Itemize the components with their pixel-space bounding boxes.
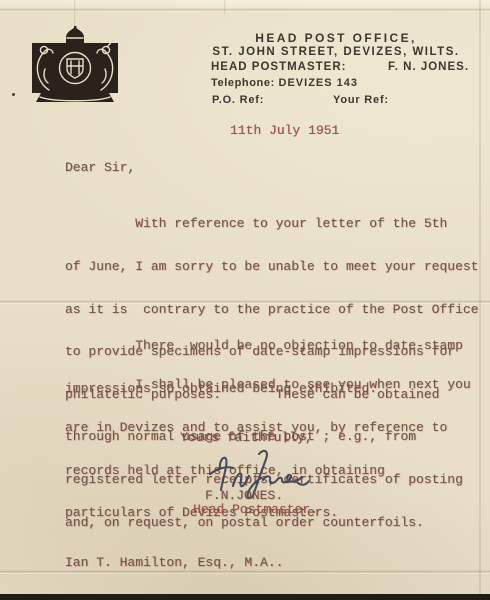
crease-mark [224,0,226,14]
paper-speck [12,93,15,96]
salutation: Dear Sir, [65,161,135,175]
letter-line: of June, I am sorry to be unable to meet… [65,260,478,274]
fold-crease-middle [0,300,490,304]
closing: Yours faithfully, [180,431,313,445]
telephone-line: Telephone: DEVIZES 143 [211,77,358,89]
postmaster-label: HEAD POSTMASTER: [211,61,346,73]
paper-right-edge [479,0,481,600]
letterhead-address: ST. JOHN STREET, DEVIZES, WILTS. [203,46,469,58]
letter-line: With reference to your letter of the 5th [65,217,478,231]
letter-line: I shall be pleased to see you when next … [65,378,471,392]
royal-crest-icon [28,26,122,106]
telephone-value: DEVIZES 143 [279,77,358,89]
postmaster-name: F. N. JONES. [388,61,469,73]
letter-date: 11th July 1951 [230,124,339,138]
typed-signatory-title: Head Postmaster. [193,503,318,517]
scanned-letter: HEAD POST OFFICE, ST. JOHN STREET, DEVIZ… [0,0,490,600]
scan-bottom-edge [0,594,490,600]
crease-mark [74,0,76,26]
letterhead-office: HEAD POST OFFICE, [203,31,469,45]
po-ref-label: P.O. Ref: [212,94,264,106]
recipient-line: Ian T. Hamilton, Esq., M.A.. [65,556,283,570]
fold-crease-bottom [0,570,490,574]
telephone-label: Telephone: [211,77,275,89]
your-ref-label: Your Ref: [333,94,389,106]
